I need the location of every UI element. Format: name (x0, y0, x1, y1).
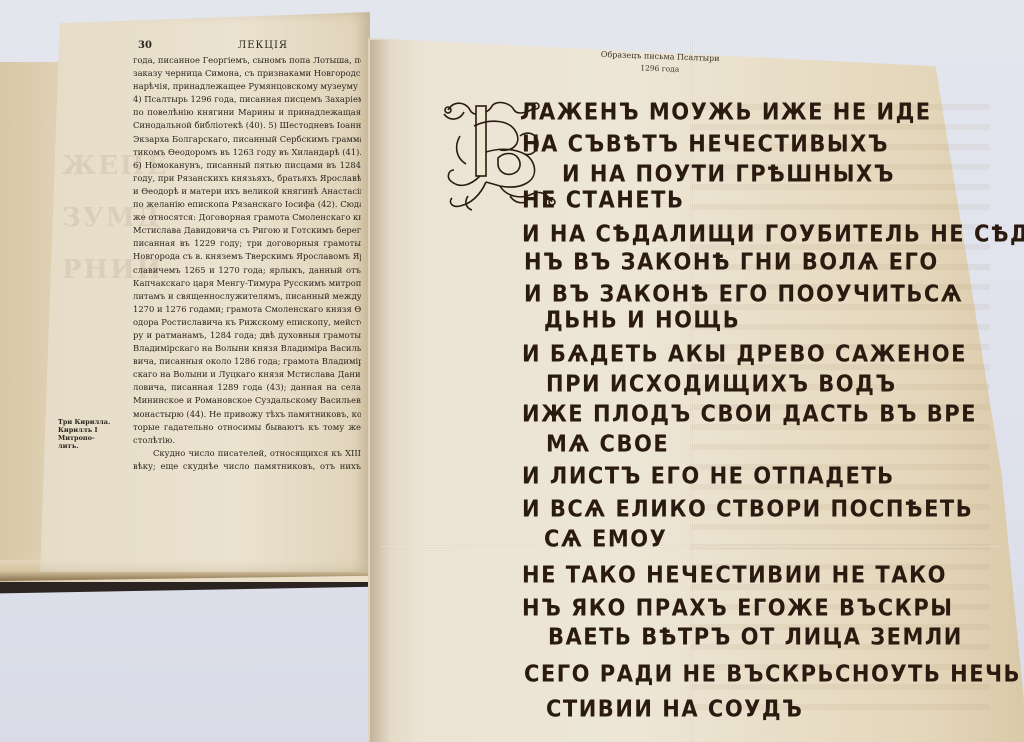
printed-text-line: монастырю (44). Не привожу тѣхъ памятник… (133, 408, 361, 421)
manuscript-line: И БѦДЕТЬ АКЫ ДРЕВО САЖЕНОЕ (522, 341, 967, 367)
printed-text-line: писанная въ 1229 году; три договорныя гр… (133, 237, 361, 250)
printed-text-line: Экзарха Болгарскаго, писанный Сербскимъ … (133, 133, 361, 146)
printed-text-line: одора Ростиславича къ Рижскому епископу,… (133, 316, 361, 329)
manuscript-line: СѦ ЕМОУ (544, 526, 667, 552)
margin-note-line: литъ. (58, 442, 118, 450)
printed-text-line: года, писанное Георгіемъ, сыномъ попа Ло… (133, 54, 361, 67)
running-head: ЛЕКЦІЯ (238, 40, 288, 51)
manuscript-line: И ВСѦ ЕЛИКО СТВОРИ ПОСПѢЕТЬ (522, 496, 973, 522)
printed-text-line: году, при Рязанскихъ князьяхъ, братьяхъ … (133, 172, 361, 185)
page-header: 30 ЛЕКЦІЯ (138, 40, 338, 51)
printed-text-line: вѣку; еще скуднѣе число памятниковъ, отъ… (133, 460, 361, 473)
manuscript-line: И ЛИСТЪ ЕГО НЕ ОТПАДЕТЬ (522, 463, 895, 489)
printed-text-body: года, писанное Георгіемъ, сыномъ попа Ло… (133, 54, 361, 473)
printed-text-line: Новгорода съ в. княземъ Тверскимъ Яросла… (133, 250, 361, 263)
printed-text-line: нарѣчія, принадлежащее Румянцовскому муз… (133, 80, 361, 93)
printed-text-line: тикомъ Ѳеодоромъ въ 1263 году въ Хиланда… (133, 146, 361, 159)
manuscript-line: НЪ ВЪ ЗАКОНѢ ГНИ ВОЛѦ ЕГО (524, 249, 939, 275)
printed-text-line: Мининское и Романовское Суздальскому Вас… (133, 394, 361, 407)
manuscript-line: И НА ПОУТИ ГРѢШНЫХЪ (562, 161, 895, 187)
manuscript-line: СТИВИИ НА СОУДЪ (546, 696, 803, 722)
printed-text-line: Синодальной библіотекѣ (40). 5) Шестодне… (133, 119, 361, 132)
printed-text-line: по повелѣнію княгини Марины и принадлежа… (133, 106, 361, 119)
manuscript-line: ЛАЖЕНЪ МОУЖЬ ИЖЕ НЕ ИДЕ (520, 99, 932, 125)
margin-note-line: Митропо- (58, 434, 118, 442)
printed-text-line: славичемъ 1265 и 1270 года; ярлыкъ, данн… (133, 264, 361, 277)
printed-text-line: столѣтію. (133, 434, 361, 447)
printed-text-line: по желанію епископа Рязанскаго Іосифа (4… (133, 198, 361, 211)
printed-text-line: Капчакскаго царя Менгу-Тимура Русскимъ м… (133, 277, 361, 290)
margin-note-line: Кириллъ I (58, 426, 118, 434)
manuscript-line: ПРИ ИСХОДИЩИХЪ ВОДЪ (546, 371, 897, 397)
page-number: 30 (138, 40, 152, 51)
manuscript-line: НЪ ЯКО ПРАХЪ ЕГОЖЕ ВЪСКРЫ (522, 595, 953, 621)
manuscript-line: И ВЪ ЗАКОНѢ ЕГО ПООУЧИТЬСѦ (524, 281, 963, 307)
manuscript-line: И НА СѢДАЛИЩИ ГОУБИТЕЛЬ НЕ СѢДЕ (522, 221, 1024, 247)
printed-text-line: скаго на Волыни и Луцкаго князя Мстислав… (133, 368, 361, 381)
gutter-shadow (370, 40, 390, 742)
manuscript-line: СЕГО РАДИ НЕ ВЪСКРЬСНОУТЬ НЕЧЬ (524, 661, 1021, 687)
margin-note-line: Три Кирилла. (58, 418, 118, 426)
manuscript-line: НЕ ТАКО НЕЧЕСТИВИИ НЕ ТАКО (522, 562, 947, 588)
printed-text-line: и Ѳеодорѣ и матери ихъ великой княгинѣ А… (133, 185, 361, 198)
printed-text-line: ловича, писанная 1289 года (43); данная … (133, 381, 361, 394)
printed-text-line: ру и ратманамъ, 1284 года; двѣ духовныя … (133, 329, 361, 342)
printed-text-line: заказу черница Симона, съ признаками Нов… (133, 67, 361, 80)
photo-scene: ЖЕПЕЗУМДРНИИ 30 ЛЕКЦІЯ года, писанное Ге… (0, 0, 1024, 742)
manuscript-line: ВАЕТЬ ВѢТРЪ ОТ ЛИЦА ЗЕМЛИ (548, 624, 963, 650)
printed-text-line: Владимірскаго на Волыни князя Владиміра … (133, 342, 361, 355)
manuscript-line: ДЬНЬ И НОЩЬ (544, 307, 740, 333)
printed-text-line: Скудно число писателей, относящихся къ X… (133, 447, 361, 460)
horizontal-fold-crease (380, 545, 1000, 548)
printed-text-line: 6) Номоканунъ, писанный пятью писцами въ… (133, 159, 361, 172)
printed-text-line: же относятся: Договорная грамота Смоленс… (133, 211, 361, 224)
printed-text-line: Мстислава Давидовича съ Ригою и Готскимъ… (133, 224, 361, 237)
manuscript-line: ИЖЕ ПЛОДЪ СВОИ ДАСТЬ ВЪ ВРЕ (522, 401, 977, 427)
printed-text-line: литамъ и священнослужителямъ, писанный м… (133, 290, 361, 303)
manuscript-line: НЕ СТАНЕТЬ (522, 187, 684, 213)
printed-text-line: вича, писанныя около 1286 года; грамота … (133, 355, 361, 368)
printed-text-line: 4) Псалтырь 1296 года, писанная писцемъ … (133, 93, 361, 106)
manuscript-line: НА СЪВѢТЪ НЕЧЕСТИВЫХЪ (522, 131, 889, 157)
manuscript-line: МѦ СВОЕ (546, 431, 669, 457)
margin-note: Три Кирилла.Кириллъ IМитропо-литъ. (58, 418, 118, 450)
printed-text-line: торые гадательно относимы бываютъ къ том… (133, 421, 361, 434)
printed-text-line: 1270 и 1276 годами; грамота Смоленскаго … (133, 303, 361, 316)
caption-title: Образецъ письма Псалтыри (601, 50, 720, 63)
